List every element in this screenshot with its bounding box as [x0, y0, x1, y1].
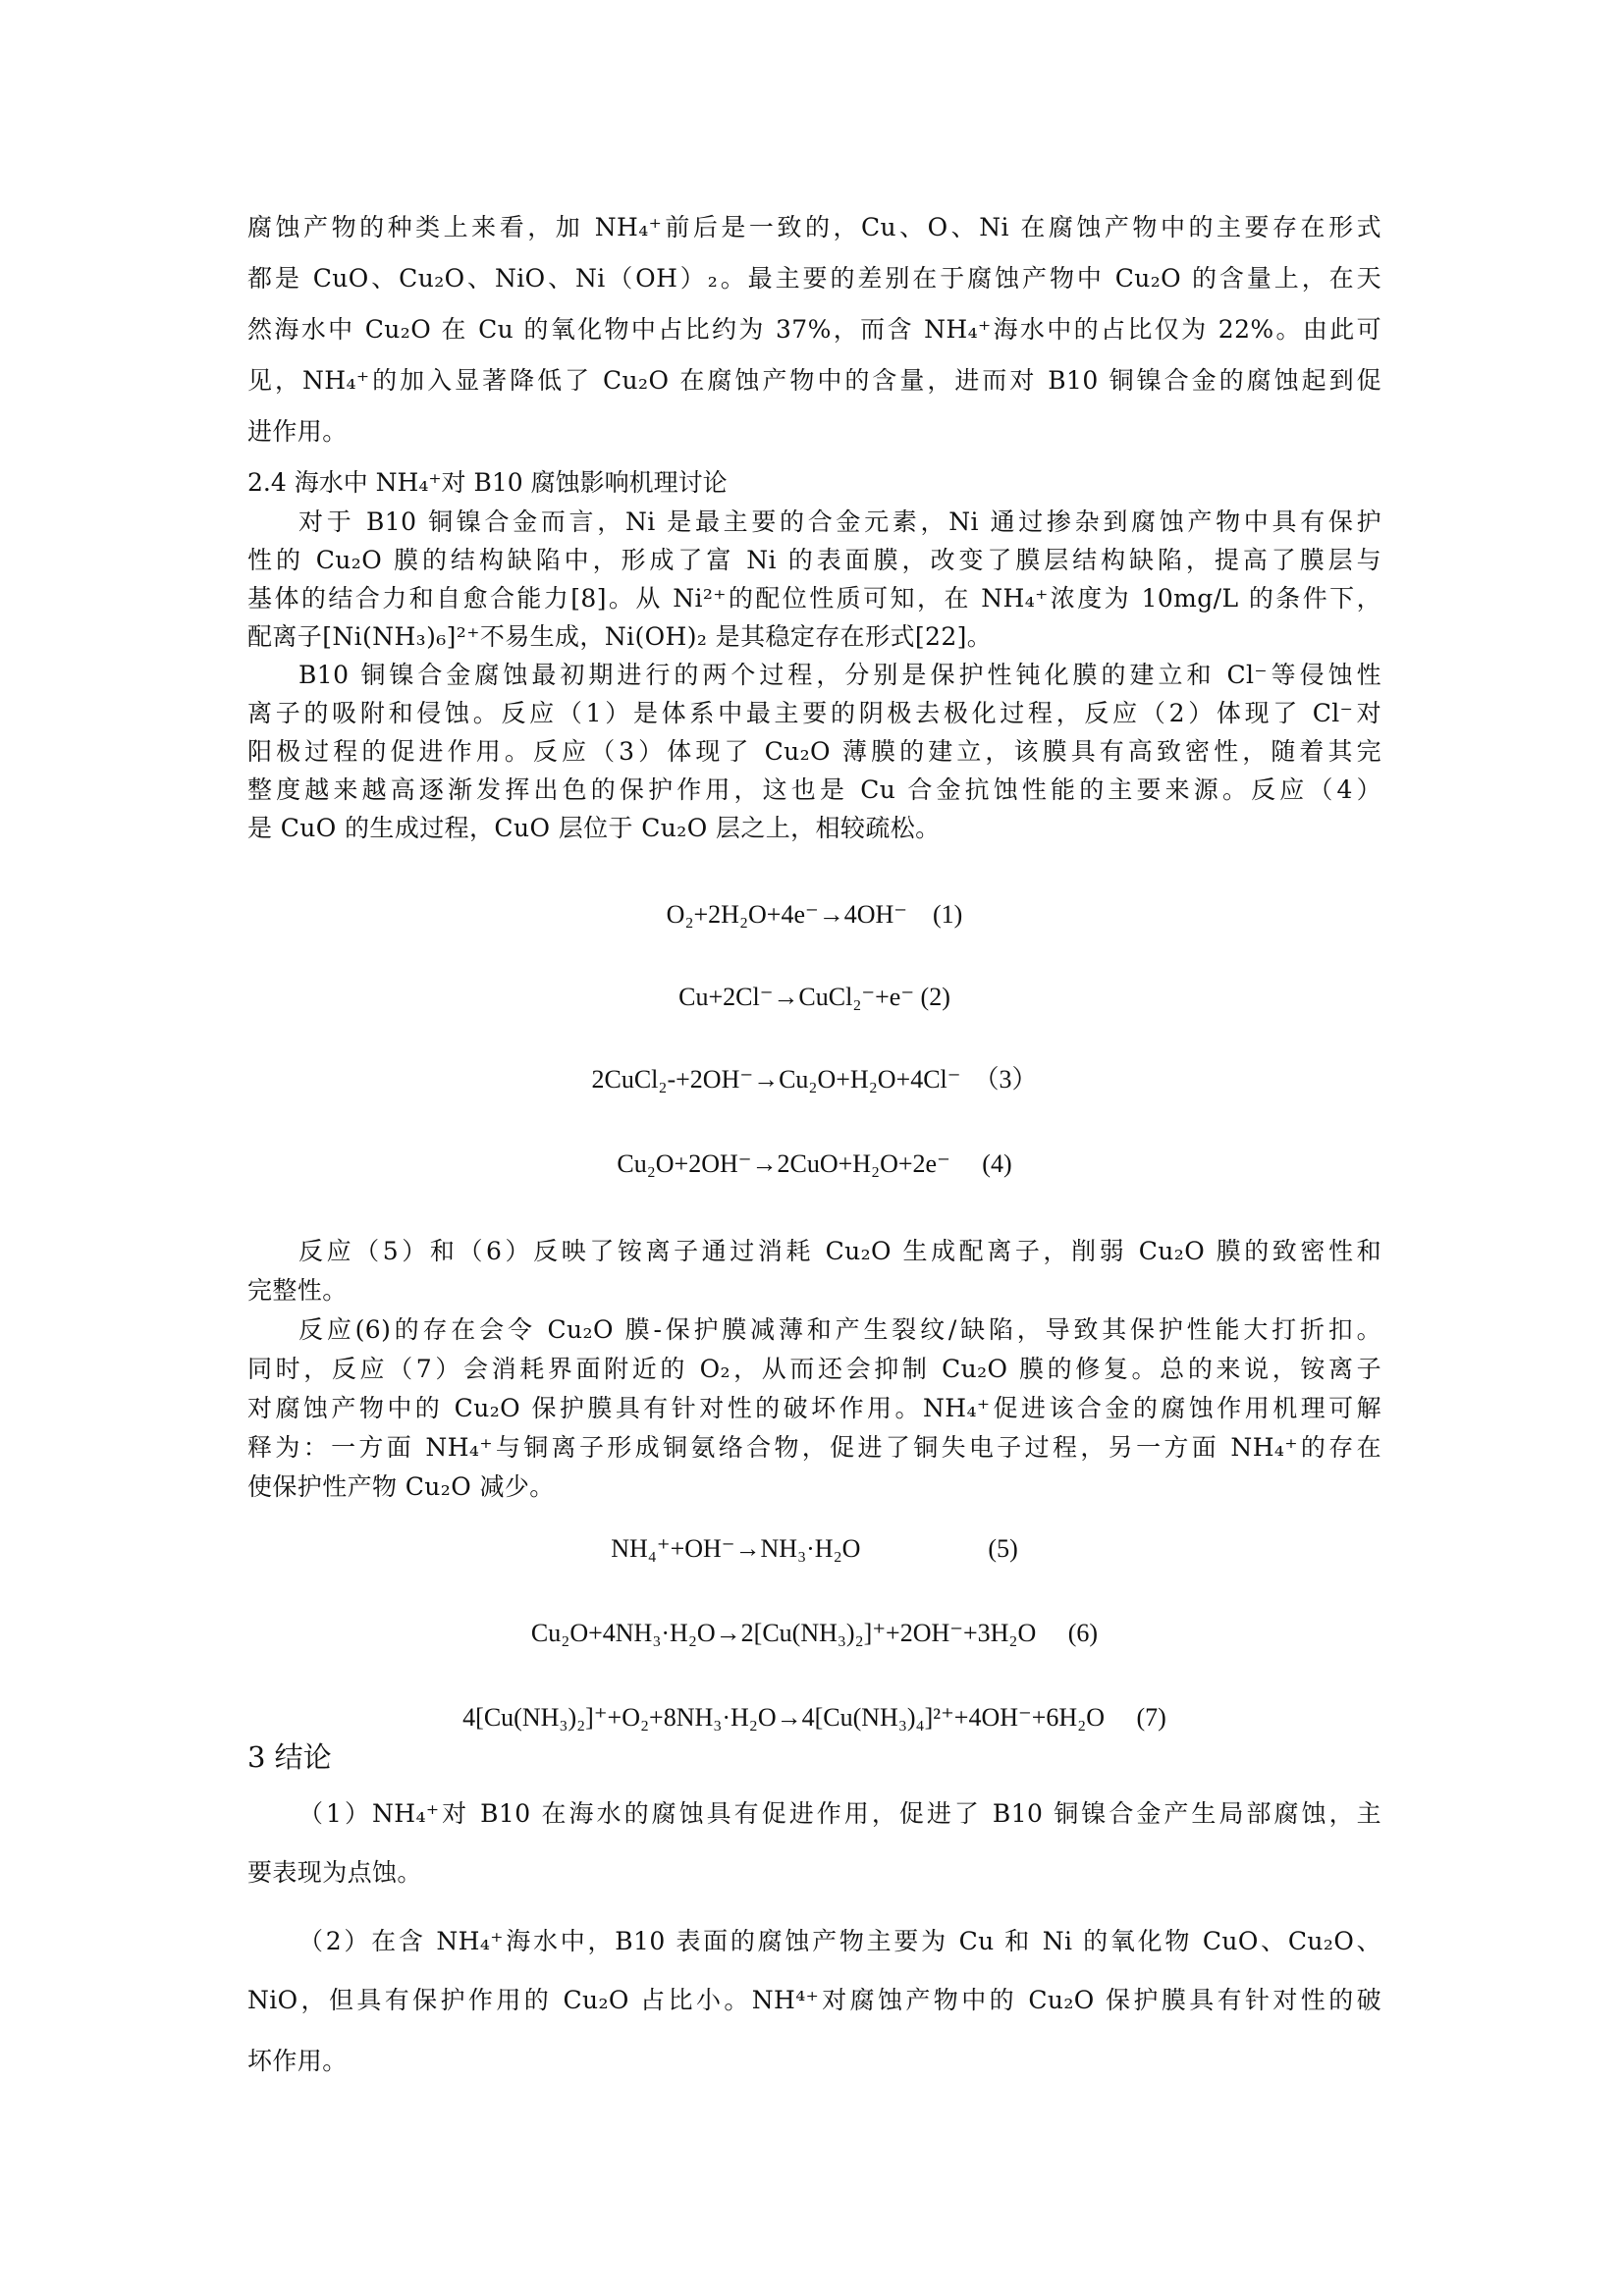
section-heading-3: 3 结论: [247, 1741, 332, 1773]
paragraph-2-4d-line: 同时，反应（7）会消耗界面附近的 O₂，从而还会抑制 Cu₂O 膜的修复。总的来…: [247, 1354, 1381, 1385]
paragraph-2-4b-line: 整度越来越高逐渐发挥出色的保护作用，这也是 Cu 合金抗蚀性能的主要来源。反应（…: [247, 774, 1381, 806]
equation-7: 4[Cu(NH₃)₂]⁺+O₂+8NH₃·H₂O→4[Cu(NH₃)₄]²⁺+4…: [247, 1702, 1381, 1734]
equation-4: Cu₂O+2OH⁻→2CuO+H₂O+2e⁻ (4): [247, 1148, 1381, 1180]
paragraph-1-line: 进作用。: [247, 416, 1381, 448]
paragraph-1-line: 见，NH₄⁺的加入显著降低了 Cu₂O 在腐蚀产物中的含量，进而对 B10 铜镍…: [247, 365, 1381, 397]
equation-1: O₂+2H₂O+4e⁻→4OH⁻ (1): [247, 899, 1381, 931]
equation-3: 2CuCl₂-+2OH⁻→Cu₂O+H₂O+4Cl⁻ （3）: [247, 1064, 1381, 1095]
conclusion-1-line: 要表现为点蚀。: [247, 1857, 1381, 1889]
paragraph-1-line: 都是 CuO、Cu₂O、NiO、Ni（OH）₂。最主要的差别在于腐蚀产物中 Cu…: [247, 263, 1381, 294]
conclusion-1-line: （1）NH₄⁺对 B10 在海水的腐蚀具有促进作用，促进了 B10 铜镍合金产生…: [247, 1798, 1381, 1830]
paragraph-2-4a-line: 性的 Cu₂O 膜的结构缺陷中，形成了富 Ni 的表面膜，改变了膜层结构缺陷，提…: [247, 545, 1381, 576]
paragraph-2-4a-line: 基体的结合力和自愈合能力[8]。从 Ni²⁺的配位性质可知，在 NH₄⁺浓度为 …: [247, 583, 1381, 614]
paragraph-2-4d-line: 释为：一方面 NH₄⁺与铜离子形成铜氨络合物，促进了铜失电子过程，另一方面 NH…: [247, 1432, 1381, 1464]
paragraph-1-line: 然海水中 Cu₂O 在 Cu 的氧化物中占比约为 37%，而含 NH₄⁺海水中的…: [247, 314, 1381, 346]
paragraph-2-4b-line: 是 CuO 的生成过程，CuO 层位于 Cu₂O 层之上，相较疏松。: [247, 813, 1381, 844]
section-heading-2-4: 2.4 海水中 NH₄⁺对 B10 腐蚀影响机理讨论: [247, 467, 728, 499]
paragraph-2-4a-line: 配离子[Ni(NH₃)₆]²⁺不易生成，Ni(OH)₂ 是其稳定存在形式[22]…: [247, 621, 1381, 653]
paragraph-2-4a-line: 对于 B10 铜镍合金而言，Ni 是最主要的合金元素，Ni 通过掺杂到腐蚀产物中…: [247, 507, 1381, 538]
equation-2: Cu+2Cl⁻→CuCl₂⁻+e⁻ (2): [247, 982, 1381, 1013]
paragraph-1-line: 腐蚀产物的种类上来看，加 NH₄⁺前后是一致的，Cu、O、Ni 在腐蚀产物中的主…: [247, 212, 1381, 243]
paragraph-2-4c-line: 反应（5）和（6）反映了铵离子通过消耗 Cu₂O 生成配离子，削弱 Cu₂O 膜…: [247, 1236, 1381, 1267]
equation-5: NH₄⁺+OH⁻→NH₃·H₂O (5): [247, 1533, 1381, 1565]
paragraph-2-4b-line: 离子的吸附和侵蚀。反应（1）是体系中最主要的阴极去极化过程，反应（2）体现了 C…: [247, 698, 1381, 729]
paragraph-2-4d-line: 使保护性产物 Cu₂O 减少。: [247, 1471, 1381, 1503]
paragraph-2-4b-line: 阳极过程的促进作用。反应（3）体现了 Cu₂O 薄膜的建立，该膜具有高致密性，随…: [247, 736, 1381, 768]
paragraph-2-4c-line: 完整性。: [247, 1275, 1381, 1307]
paragraph-2-4d-line: 反应(6)的存在会令 Cu₂O 膜-保护膜减薄和产生裂纹/缺陷，导致其保护性能大…: [247, 1314, 1381, 1346]
paragraph-2-4d-line: 对腐蚀产物中的 Cu₂O 保护膜具有针对性的破坏作用。NH₄⁺促进该合金的腐蚀作…: [247, 1393, 1381, 1424]
paragraph-2-4b-line: B10 铜镍合金腐蚀最初期进行的两个过程，分别是保护性钝化膜的建立和 Cl⁻等侵…: [247, 660, 1381, 691]
conclusion-2-line: NiO，但具有保护作用的 Cu₂O 占比小。NH⁴⁺对腐蚀产物中的 Cu₂O 保…: [247, 1985, 1381, 2016]
conclusion-2-line: 坏作用。: [247, 2046, 1381, 2077]
equation-6: Cu₂O+4NH₃·H₂O→2[Cu(NH₃)₂]⁺+2OH⁻+3H₂O (6): [247, 1618, 1381, 1649]
conclusion-2-line: （2）在含 NH₄⁺海水中，B10 表面的腐蚀产物主要为 Cu 和 Ni 的氧化…: [247, 1926, 1381, 1957]
